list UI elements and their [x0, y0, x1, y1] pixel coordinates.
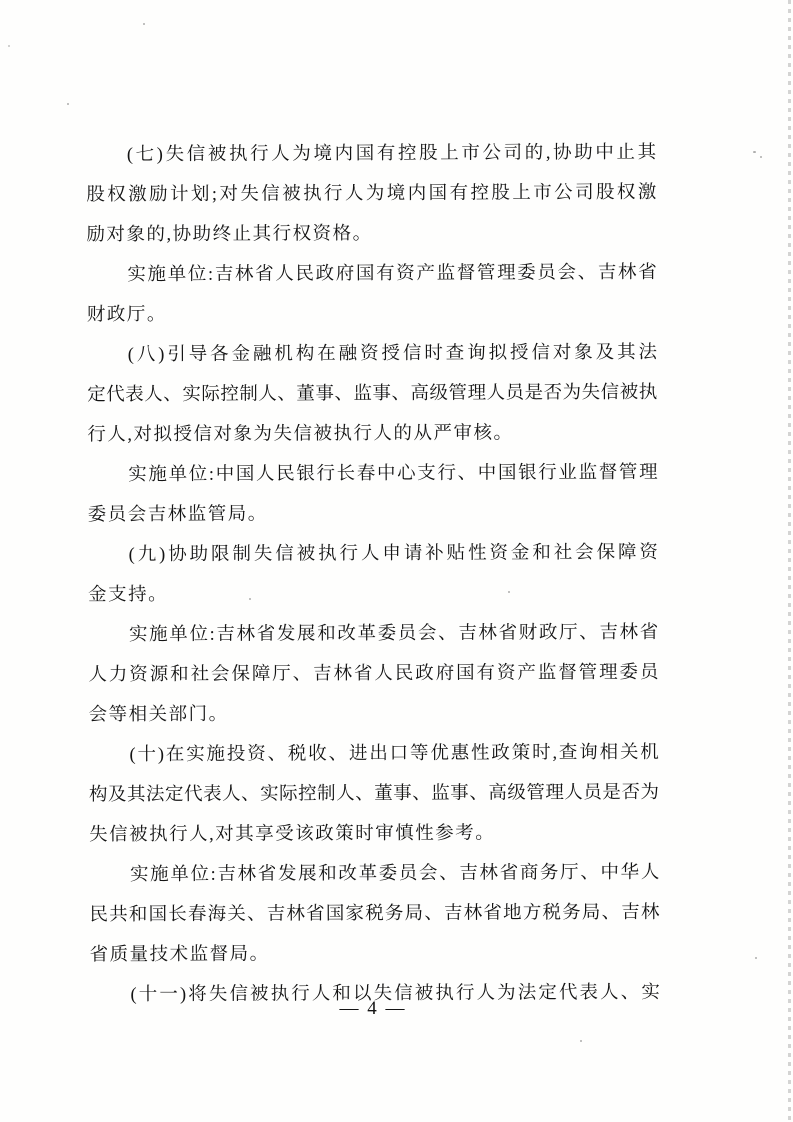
text-line: 人力资源和社会保障厅、吉林省人民政府国有资产监督管理委员	[88, 653, 658, 695]
text-line: 行人,对拟授信对象为失信被执行人的从严审核。	[87, 413, 657, 455]
scan-speck	[143, 23, 145, 25]
scan-speck	[580, 1040, 582, 1042]
text-line: 委员会吉林监管局。	[88, 493, 658, 535]
scan-speck	[508, 591, 510, 593]
text-line: 励对象的,协助终止其行权资格。	[86, 213, 656, 255]
text-line: 省质量技术监督局。	[90, 933, 660, 975]
text-line: 会等相关部门。	[89, 693, 659, 735]
text-line: 实施单位:吉林省人民政府国有资产监督管理委员会、吉林省	[87, 253, 657, 295]
text-line: 股权激励计划;对失信被执行人为境内国有控股上市公司股权激	[86, 173, 656, 215]
text-line: 失信被执行人,对其享受该政策时审慎性参考。	[89, 813, 659, 855]
page-number: — 4 —	[88, 998, 658, 1020]
text-line: (八)引导各金融机构在融资授信时查询拟授信对象及其法	[87, 333, 657, 375]
scan-speck	[8, 45, 10, 47]
text-line: 财政厅。	[87, 293, 657, 335]
scan-edge-artifact	[788, 0, 791, 1122]
text-line: 实施单位:中国人民银行长春中心支行、中国银行业监督管理	[87, 453, 657, 495]
text-line: 金支持。	[88, 573, 658, 615]
text-line: 实施单位:吉林省发展和改革委员会、吉林省商务厅、中华人	[89, 853, 659, 895]
text-line: 构及其法定代表人、实际控制人、董事、监事、高级管理人员是否为	[89, 773, 659, 815]
text-line: 定代表人、实际控制人、董事、监事、高级管理人员是否为失信被执	[87, 373, 657, 415]
document-page: (七)失信被执行人为境内国有控股上市公司的,协助中止其股权激励计划;对失信被执行…	[0, 0, 793, 1122]
document-body: (七)失信被执行人为境内国有控股上市公司的,协助中止其股权激励计划;对失信被执行…	[86, 133, 660, 1015]
text-line: (九)协助限制失信被执行人申请补贴性资金和社会保障资	[88, 533, 658, 575]
scan-speck	[755, 957, 757, 959]
scan-speck	[67, 103, 69, 105]
scan-speck	[249, 598, 251, 600]
text-line: 实施单位:吉林省发展和改革委员会、吉林省财政厅、吉林省	[88, 613, 658, 655]
text-line: 民共和国长春海关、吉林省国家税务局、吉林省地方税务局、吉林	[89, 893, 659, 935]
scan-speck	[760, 156, 762, 158]
text-line: (十)在实施投资、税收、进出口等优惠性政策时,查询相关机	[89, 733, 659, 775]
scan-speck	[753, 151, 756, 153]
text-line: (七)失信被执行人为境内国有控股上市公司的,协助中止其	[86, 133, 656, 175]
